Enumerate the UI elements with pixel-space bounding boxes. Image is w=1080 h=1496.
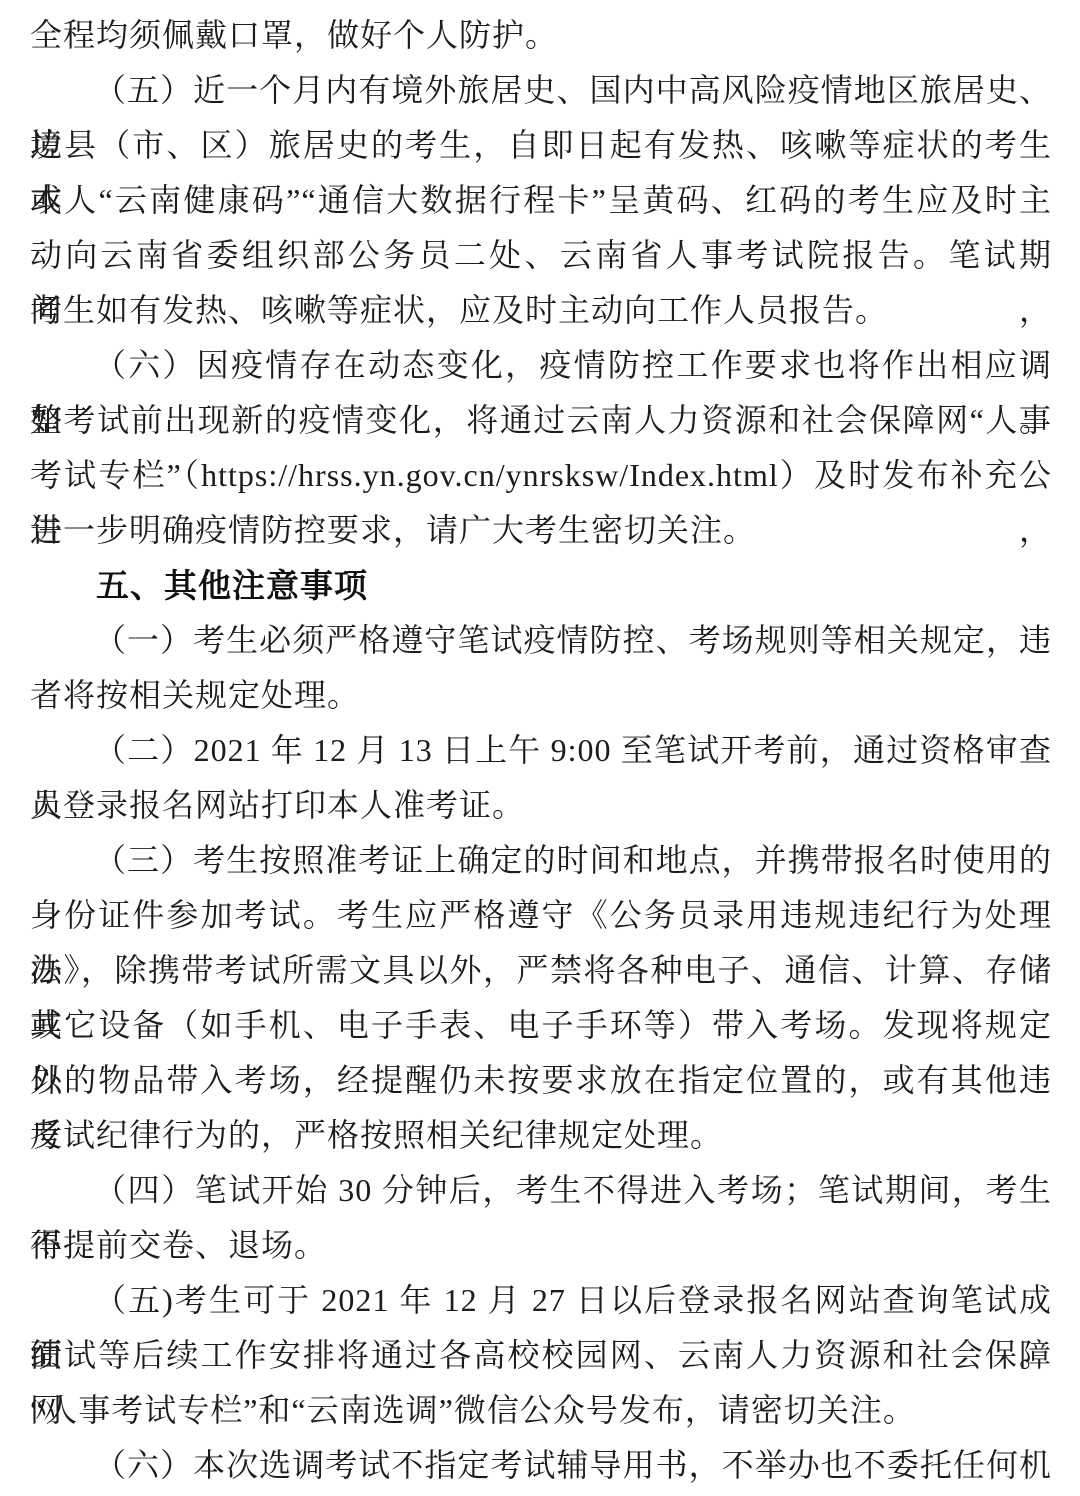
document-line: 身份证件参加考试。考生应严格遵守《公务员录用违规违纪行为处理办 (30, 888, 1052, 943)
document-line: 得提前交卷、退场。 (30, 1218, 1052, 1273)
document-line: （五)考生可于 2021 年 12 月 27 日以后登录报名网站查询笔试成绩。 (30, 1273, 1052, 1328)
document-line: 面试等后续工作安排将通过各高校校园网、云南人力资源和社会保障网 (30, 1328, 1052, 1383)
document-line: 法》，除携带考试所需文具以外，严禁将各种电子、通信、计算、存储或 (30, 943, 1052, 998)
document-line: 员登录报名网站打印本人准考证。 (30, 778, 1052, 833)
section-heading: 五、其他注意事项 (30, 558, 1052, 613)
document-line: 其它设备（如手机、电子手表、电子手环等）带入考场。发现将规定以 (30, 998, 1052, 1053)
document-line: 动向云南省委组织部公务员二处、云南省人事考试院报告。笔试期间， (30, 228, 1052, 283)
document-line: 如考试前出现新的疫情变化，将通过云南人力资源和社会保障网“人事 (30, 393, 1052, 448)
document-line: （一）考生必须严格遵守笔试疫情防控、考场规则等相关规定，违 (30, 613, 1052, 668)
document-body: 全程均须佩戴口罩，做好个人防护。（五）近一个月内有境外旅居史、国内中高风险疫情地… (30, 8, 1052, 1493)
document-line: “人事考试专栏”和“云南选调”微信公众号发布，请密切关注。 (30, 1383, 1052, 1438)
document-line: （三）考生按照准考证上确定的时间和地点，并携带报名时使用的 (30, 833, 1052, 888)
document-page: 全程均须佩戴口罩，做好个人防护。（五）近一个月内有境外旅居史、国内中高风险疫情地… (0, 0, 1080, 1496)
document-line: 考试专栏”（https://hrss.yn.gov.cn/ynrsksw/Ind… (30, 448, 1052, 503)
document-line: （六）因疫情存在动态变化，疫情防控工作要求也将作出相应调整。 (30, 338, 1052, 393)
document-line: 外的物品带入考场，经提醒仍未按要求放在指定位置的，或有其他违反 (30, 1053, 1052, 1108)
document-line: 全程均须佩戴口罩，做好个人防护。 (30, 8, 1052, 63)
document-line: 者将按相关规定处理。 (30, 668, 1052, 723)
document-line: （四）笔试开始 30 分钟后，考生不得进入考场；笔试期间，考生不 (30, 1163, 1052, 1218)
document-line: 本人“云南健康码”“通信大数据行程卡”呈黄码、红码的考生应及时主 (30, 173, 1052, 228)
document-line: 境县（市、区）旅居史的考生，自即日起有发热、咳嗽等症状的考生或 (30, 118, 1052, 173)
document-line: 考试纪律行为的，严格按照相关纪律规定处理。 (30, 1108, 1052, 1163)
document-line: （六）本次选调考试不指定考试辅导用书，不举办也不委托任何机 (30, 1438, 1052, 1493)
document-line: （五）近一个月内有境外旅居史、国内中高风险疫情地区旅居史、边 (30, 63, 1052, 118)
document-line: （二）2021 年 12 月 13 日上午 9:00 至笔试开考前，通过资格审查… (30, 723, 1052, 778)
